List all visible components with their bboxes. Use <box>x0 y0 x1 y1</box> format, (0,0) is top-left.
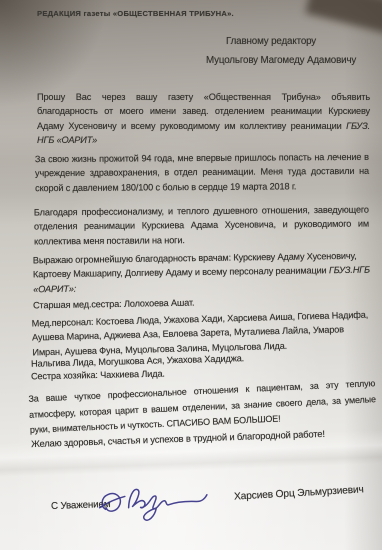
staff-personnel-line: Мед.персонал: Костоева Люда, Ужахова Хад… <box>31 308 374 360</box>
signature-stroke-oval <box>101 493 121 512</box>
photo-corner-shadow <box>305 0 382 34</box>
signature-stroke-descender <box>143 508 157 520</box>
signature-stroke-flow <box>127 484 207 510</box>
paragraph-request: Прошу Вас через вашу газету «Общественна… <box>37 90 370 147</box>
staff-housekeeper-line: Сестра хозяйка: Чахкиева Лида. <box>31 369 165 382</box>
paragraph-story: За свою жизнь прожитой 94 года, мне впер… <box>35 150 369 195</box>
paragraph-thanks-management: Благодаря профессионализму, и теплого ду… <box>34 203 369 249</box>
addressee-name: Муцольгову Магомеду Адамовичу <box>206 55 356 66</box>
author-name: Харсиев Орц Эльмурзиевич <box>234 484 364 502</box>
paragraph-request-text: Прошу Вас через вашу газету «Общественна… <box>37 92 370 131</box>
paragraph-thanks-doctors-text: Выражаю огромнейшую благодарность врачам… <box>33 251 357 280</box>
paragraph-thanks-doctors: Выражаю огромнейшую благодарность врачам… <box>33 249 371 297</box>
signature-icon <box>96 468 209 528</box>
letter-header-org: РЕДАКЦИЯ газеты «ОБЩЕСТВЕННАЯ ТРИБУНА». <box>37 9 234 18</box>
addressee-title: Главному редактору <box>226 36 316 47</box>
letter-photo: РЕДАКЦИЯ газеты «ОБЩЕСТВЕННАЯ ТРИБУНА». … <box>0 0 382 550</box>
staff-head-nurse-line: Старшая мед.сестра: Лолохоева Ашат. <box>33 298 195 311</box>
